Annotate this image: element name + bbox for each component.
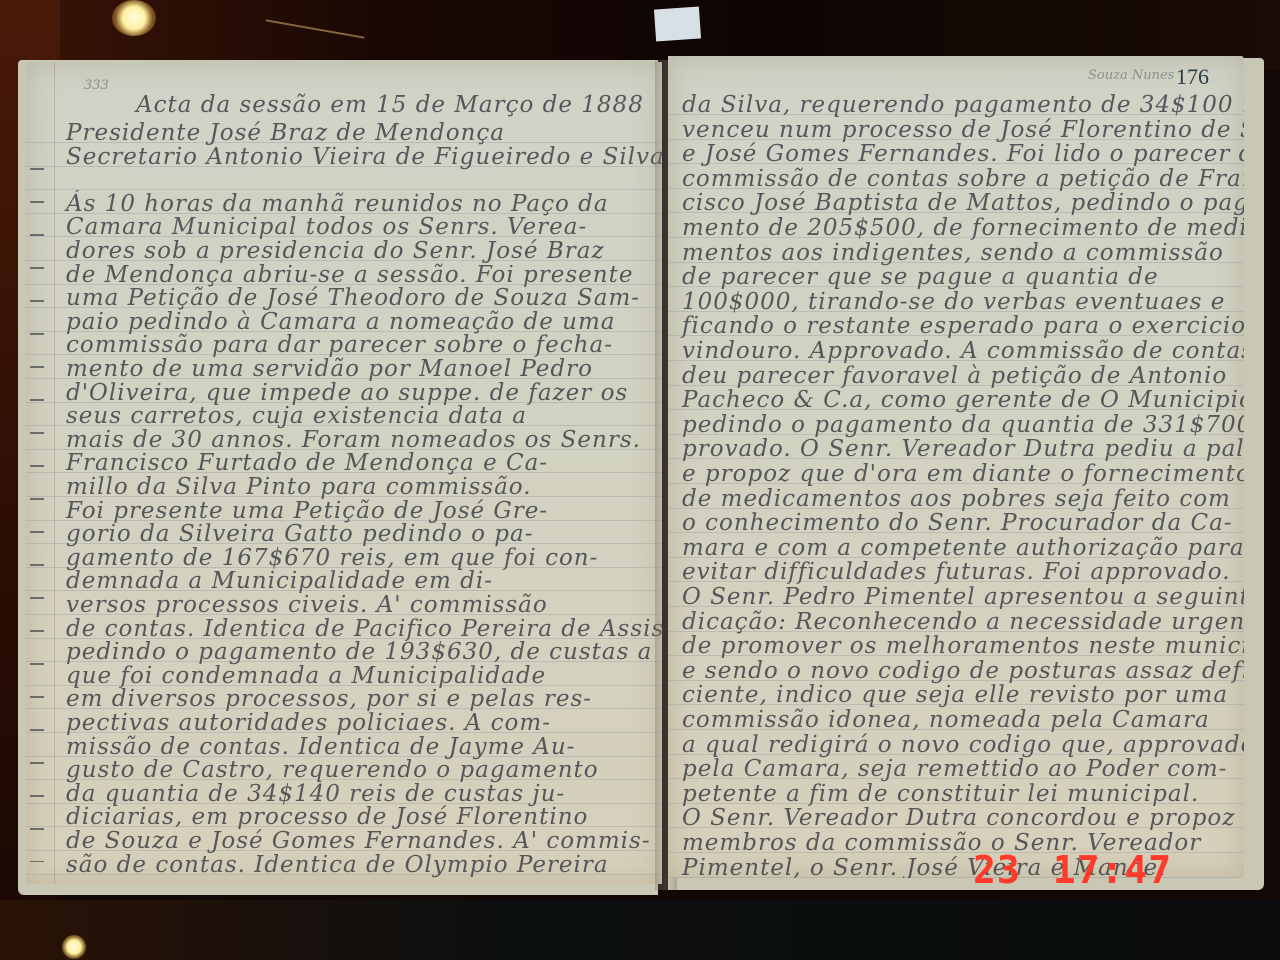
handwritten-line: gusto de Castro, requerendo o pagamento [66,757,599,783]
handwritten-line: paio pedindo à Camara a nomeação de uma [66,309,615,335]
handwritten-line: pela Camara, seja remettido ao Poder com… [682,756,1227,782]
pencil-corner-note: 333 [84,78,109,93]
folio-number: 176 [1176,64,1209,90]
handwritten-line: em diversos processos, por si e pelas re… [66,686,592,712]
light-bulb-glare-bottom [62,935,86,959]
handwritten-line: commissão de contas sobre a petição de F… [682,166,1244,192]
handwritten-line: cisco José Baptista de Mattos, pedindo o… [682,190,1244,216]
handwritten-line: de medicamentos aos pobres seja feito co… [682,486,1231,512]
handwritten-line: pedindo o pagamento de 193$630, de custa… [66,639,652,665]
handwritten-line: missão de contas. Identica de Jayme Au- [66,734,575,760]
handwritten-line: mais de 30 annos. Foram nomeados os Senr… [66,427,641,453]
handwritten-line: ciente, indico que seja elle revisto por… [682,682,1228,708]
handwritten-line: evitar difficuldades futuras. Foi approv… [682,559,1231,585]
minutes-heading: Acta da sessão em 15 de Março de 1888 [136,92,644,118]
handwritten-line: Secretario Antonio Vieira de Figueiredo … [66,144,662,170]
handwritten-line: pectivas autoridades policiaes. A com- [66,710,551,736]
paper-label-scrap [654,6,701,41]
dark-background-bottom [0,900,1280,960]
handwritten-line: da Silva, requerendo pagamento de 34$100… [682,92,1244,118]
handwritten-line: Presidente José Braz de Mendonça [66,120,505,146]
handwritten-line: ficando o restante esperado para o exerc… [682,313,1244,339]
handwritten-line: da quantia de 34$140 reis de custas ju- [66,781,565,807]
handwritten-line: deu parecer favoravel à petição de Anton… [682,363,1227,389]
handwritten-line: Francisco Furtado de Mendonça e Ca- [66,450,548,476]
handwritten-line: 100$000, tirando-se do verbas eventuaes … [682,289,1225,315]
handwritten-line: provado. O Senr. Vereador Dutra pediu a … [682,436,1244,462]
handwritten-line: que foi condemnada a Municipalidade [66,663,546,689]
handwritten-line: de parecer que se pague a quantia de [682,264,1159,290]
handwritten-line: e sendo o novo codigo de posturas assaz … [682,658,1244,684]
handwritten-line: vindouro. Approvado. A commissão de cont… [682,338,1244,364]
handwritten-line: Foi presente uma Petição de José Gre- [66,498,548,524]
handwritten-line: gamento de 167$670 reis, em que foi con- [66,545,598,571]
right-page: Souza Nunes da Silva, requerendo pagamen… [668,56,1244,878]
handwritten-line: Ás 10 horas da manhã reunidos no Paço da [66,191,609,217]
handwritten-line: de Mendonça abriu-se a sessão. Foi prese… [66,262,633,288]
light-bulb-glare [112,0,156,36]
left-edge-bleed-marks [30,142,44,862]
handwritten-line: mara e com a competente authorização par… [682,535,1244,561]
handwritten-line: e José Gomes Fernandes. Foi lido o parec… [682,141,1244,167]
timestamp-time: 17:47 [1053,848,1172,892]
handwritten-line: O Senr. Pedro Pimentel apresentou a segu… [682,584,1244,610]
camera-timestamp-overlay: 2317:47 [973,848,1172,892]
handwritten-line: mentos aos indigentes, sendo a commissão [682,240,1224,266]
handwritten-line: millo da Silva Pinto para commissão. [66,474,532,500]
handwritten-line: petente a fim de constituir lei municipa… [682,781,1199,807]
handwritten-line: dicação: Reconhecendo a necessidade urge… [682,609,1244,635]
handwritten-line: commissão idonea, nomeada pela Camara [682,707,1210,733]
handwritten-line: seus carretos, cuja existencia data a [66,403,527,429]
handwritten-line: O Senr. Vereador Dutra concordou e propo… [682,805,1244,831]
handwritten-line: Camara Municipal todos os Senrs. Verea- [66,214,587,240]
handwritten-line: são de contas. Identica de Olympio Perei… [66,852,609,878]
timestamp-day: 23 [973,848,1021,892]
handwritten-line: demnada a Municipalidade em di- [66,568,493,594]
handwritten-line: uma Petição de José Theodoro de Souza Sa… [66,285,640,311]
handwritten-line: pedindo o pagamento da quantia de 331$70… [682,412,1244,438]
handwritten-line: venceu num processo de José Florentino d… [682,117,1244,143]
handwritten-line: gorio da Silveira Gatto pedindo o pa- [66,521,533,547]
handwritten-line: dores sob a presidencia do Senr. José Br… [66,238,605,264]
pencil-header-note: Souza Nunes [1088,68,1174,83]
handwritten-line: d'Oliveira, que impede ao suppe. de faze… [66,380,628,406]
handwritten-line: diciarias, em processo de José Florentin… [66,804,588,830]
handwritten-line: mento de uma servidão por Manoel Pedro [66,356,593,382]
handwritten-line: de promover os melhoramentos neste munic… [682,633,1244,659]
handwritten-line: de Souza e José Gomes Fernandes. A' comm… [66,828,651,854]
handwritten-line: o conhecimento do Senr. Procurador da Ca… [682,510,1233,536]
handwritten-line: e propoz que d'ora em diante o fornecime… [682,461,1244,487]
handwritten-line: de contas. Identica de Pacifico Pereira … [66,616,662,642]
handwritten-line: a qual redigirá o novo codigo que, appro… [682,732,1244,758]
handwritten-line: versos processos civeis. A' commissão [66,592,548,618]
handwritten-line: commissão para dar parecer sobre o fecha… [66,332,613,358]
handwritten-line: Pacheco & C.a, como gerente de O Municip… [682,387,1244,413]
left-page: 333 Acta da sessão em 15 de Março de 188… [26,62,662,884]
handwritten-line: mento de 205$500, de fornecimento de med… [682,215,1244,241]
